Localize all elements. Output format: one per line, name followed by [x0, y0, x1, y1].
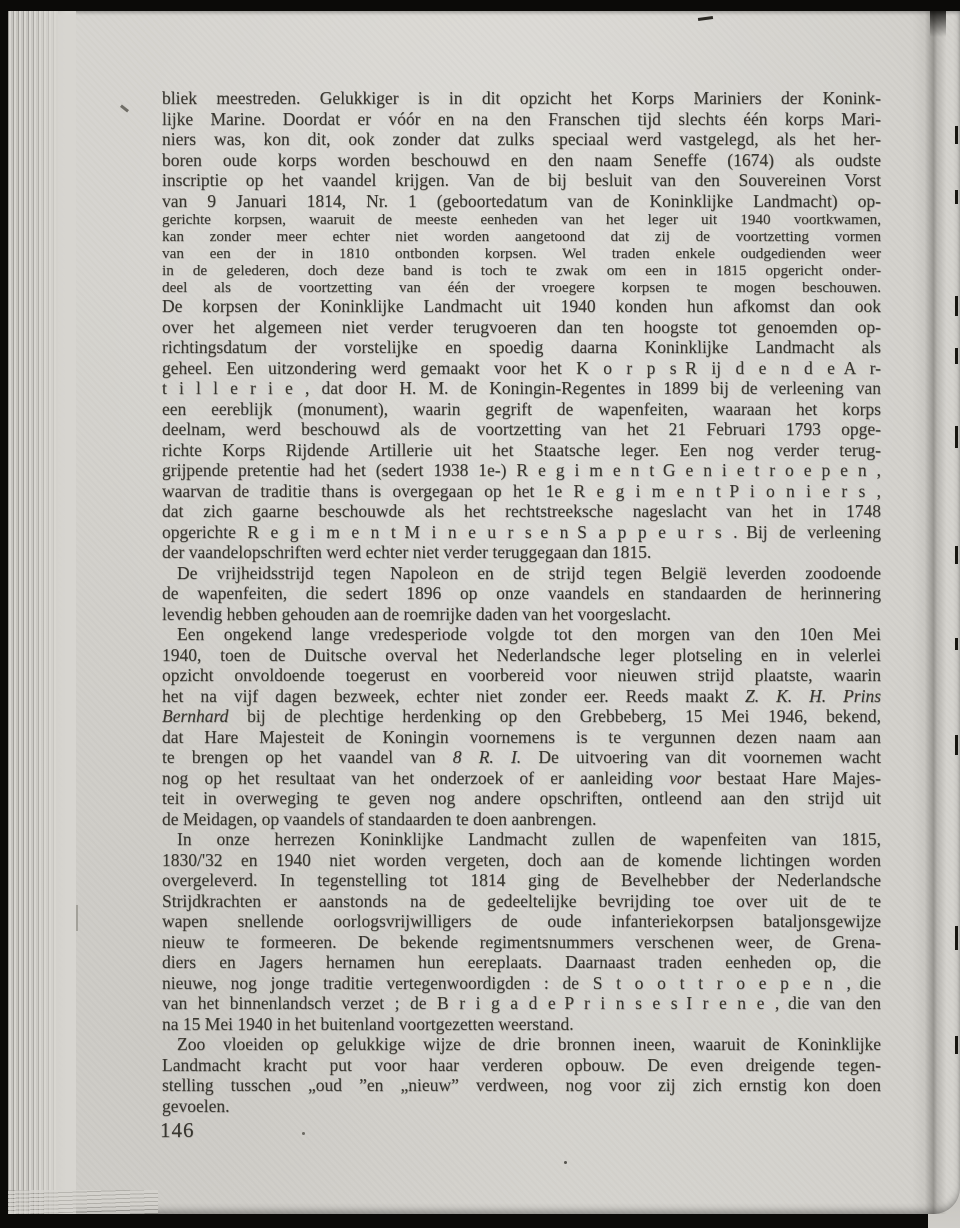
- text-segment: levendig hebben gehouden aan de roemrijk…: [162, 604, 671, 624]
- text-segment: De korpsen der Koninklijke Landmacht uit…: [162, 296, 881, 316]
- scan-speck: [302, 1132, 305, 1135]
- scan-border-bottom: [0, 1214, 928, 1228]
- text-segment: richtingsdatum der vorstelijke en spoedi…: [162, 337, 881, 357]
- gutter-shadow-top: [930, 11, 946, 37]
- text-segment: na 15 Mei 1940 in het buitenland voortge…: [162, 1014, 574, 1034]
- text-line: van een der in 1810 ontbonden korpsen. W…: [162, 245, 881, 262]
- page-stack-bottom-edge: [8, 1190, 158, 1214]
- text-segment: Landmacht kracht put voor haar verderen …: [162, 1055, 881, 1075]
- text-segment: gevoelen.: [162, 1096, 230, 1116]
- text-segment: De vrijheidsstrijd tegen Napoleon en de …: [177, 563, 881, 583]
- text-line: de wapenfeiten, die sedert 1896 op onze …: [162, 583, 881, 604]
- text-segment: nog op het resultaat van het onderzoek o…: [162, 768, 669, 788]
- text-line: teit in overweging te geven nog andere o…: [162, 788, 881, 809]
- text-segment: nieuwe, nog jonge traditie vertegenwoord…: [162, 973, 881, 993]
- text-line: gerichte korpsen, waaruit de meeste eenh…: [162, 211, 881, 228]
- text-segment: richte Korps Rijdende Artillerie uit het…: [162, 440, 881, 460]
- text-line: lijke Marine. Doordat er vóór en na den …: [162, 109, 881, 130]
- text-segment: grijpende pretentie had het (sedert 1938…: [162, 460, 881, 480]
- text-segment: opzicht onvoldoende toegerust en voorber…: [162, 665, 881, 685]
- text-line: geheel. Een uitzondering werd gemaakt vo…: [162, 358, 881, 379]
- text-segment: dat Hare Majesteit de Koningin voornemen…: [162, 727, 881, 747]
- paragraph: Zoo vloeiden op gelukkige wijze de drie …: [162, 1034, 881, 1116]
- text-line: opgerichte R e g i m e n t M i n e u r s…: [162, 522, 881, 543]
- paragraph: In onze herrezen Koninklijke Landmacht z…: [162, 829, 881, 1034]
- text-line: Een ongekend lange vredesperiode volgde …: [162, 624, 881, 645]
- right-edge-marks: [952, 0, 960, 1228]
- text-segment: opgerichte R e g i m e n t M i n e u r s…: [162, 522, 881, 542]
- text-segment: de wapenfeiten, die sedert 1896 op onze …: [162, 583, 881, 603]
- text-line: na 15 Mei 1940 in het buitenland voortge…: [162, 1014, 881, 1035]
- text-line: levendig hebben gehouden aan de roemrijk…: [162, 604, 881, 625]
- text-line: van 9 Januari 1814, Nr. 1 (geboortedatum…: [162, 191, 881, 212]
- italic-text: voor: [669, 768, 701, 788]
- text-line: bliek meestreden. Gelukkiger is in dit o…: [162, 88, 881, 109]
- text-line: inscriptie op het vaandel krijgen. Van d…: [162, 170, 881, 191]
- text-segment: over het algemeen niet verder terugvoere…: [162, 317, 881, 337]
- text-segment: niers was, kon dit, ook zonder dat zulks…: [162, 129, 881, 149]
- text-line: overgeleverd. In tegenstelling tot 1814 …: [162, 870, 881, 891]
- text-line: een eereblijk (monument), waarin gegrift…: [162, 399, 881, 420]
- text-segment: het na vijf dagen bezweek, echter niet z…: [162, 686, 745, 706]
- text-line: Strijdkrachten er aanstonds na de gedeel…: [162, 891, 881, 912]
- text-line: richtingsdatum der vorstelijke en spoedi…: [162, 337, 881, 358]
- text-line: Bernhard bij de plechtige herdenking op …: [162, 706, 881, 727]
- text-line: deelnam, werd beschouwd als de voortzett…: [162, 419, 881, 440]
- page-number: 146: [160, 1118, 195, 1143]
- page-gutter-crease: [912, 11, 952, 1214]
- text-segment: waarvan de traditie thans is overgegaan …: [162, 481, 881, 501]
- text-segment: 1940, toen de Duitsche overval het Neder…: [162, 645, 881, 665]
- text-segment: bestaat Hare Majes-: [701, 768, 881, 788]
- text-segment: Een ongekend lange vredesperiode volgde …: [177, 624, 881, 644]
- text-line: In onze herrezen Koninklijke Landmacht z…: [162, 829, 881, 850]
- text-line: over het algemeen niet verder terugvoere…: [162, 317, 881, 338]
- scan-border-top: [0, 0, 960, 11]
- paragraph: Een ongekend lange vredesperiode volgde …: [162, 624, 881, 829]
- paragraph: De vrijheidsstrijd tegen Napoleon en de …: [162, 563, 881, 625]
- italic-text: Bernhard: [162, 706, 228, 726]
- text-segment: van een der in 1810 ontbonden korpsen. W…: [162, 245, 881, 262]
- text-segment: t i l l e r i e , dat door H. M. de Koni…: [162, 378, 881, 398]
- text-segment: de Meidagen, op vaandels of standaarden …: [162, 809, 596, 829]
- text-line: te brengen op het vaandel van 8 R. I. De…: [162, 747, 881, 768]
- text-line: niers was, kon dit, ook zonder dat zulks…: [162, 129, 881, 150]
- text-line: grijpende pretentie had het (sedert 1938…: [162, 460, 881, 481]
- text-segment: gerichte korpsen, waaruit de meeste eenh…: [162, 211, 881, 228]
- text-line: dat Hare Majesteit de Koningin voornemen…: [162, 727, 881, 748]
- text-line: 1830/'32 en 1940 niet worden vergeten, d…: [162, 850, 881, 871]
- text-line: nieuw te formeeren. De bekende regiments…: [162, 932, 881, 953]
- text-segment: boren oude korps worden beschouwd en den…: [162, 150, 881, 170]
- page-text: bliek meestreden. Gelukkiger is in dit o…: [162, 88, 881, 1116]
- text-line: nieuwe, nog jonge traditie vertegenwoord…: [162, 973, 881, 994]
- text-line: der vaandelopschriften werd echter niet …: [162, 542, 881, 563]
- text-segment: nieuw te formeeren. De bekende regiments…: [162, 932, 881, 952]
- text-segment: inscriptie op het vaandel krijgen. Van d…: [162, 170, 881, 190]
- text-segment: In onze herrezen Koninklijke Landmacht z…: [177, 829, 881, 849]
- text-line: boren oude korps worden beschouwd en den…: [162, 150, 881, 171]
- page-stack-left-fade: [30, 11, 76, 1214]
- text-line: waarvan de traditie thans is overgegaan …: [162, 481, 881, 502]
- scanned-book-page: bliek meestreden. Gelukkiger is in dit o…: [0, 0, 960, 1228]
- text-line: wapen snellende oorlogsvrijwilligers de …: [162, 911, 881, 932]
- scan-border-left: [0, 0, 8, 1228]
- text-segment: 1830/'32 en 1940 niet worden vergeten, d…: [162, 850, 881, 870]
- text-segment: teit in overweging te geven nog andere o…: [162, 788, 881, 808]
- text-segment: De uitvoering van dit voornemen wacht: [521, 747, 881, 767]
- text-line: 1940, toen de Duitsche overval het Neder…: [162, 645, 881, 666]
- text-segment: kan zonder meer echter niet worden aange…: [162, 228, 881, 245]
- text-line: diers en Jagers hernamen hun eereplaats.…: [162, 952, 881, 973]
- text-segment: van 9 Januari 1814, Nr. 1 (geboortedatum…: [162, 191, 881, 211]
- text-segment: deel als de voortzetting van één der vro…: [162, 279, 881, 296]
- text-line: De vrijheidsstrijd tegen Napoleon en de …: [162, 563, 881, 584]
- text-segment: Zoo vloeiden op gelukkige wijze de drie …: [177, 1034, 881, 1054]
- italic-text: 8 R. I.: [453, 747, 521, 767]
- text-line: Landmacht kracht put voor haar verderen …: [162, 1055, 881, 1076]
- text-segment: in de gelederen, doch deze band is toch …: [162, 262, 881, 279]
- text-segment: lijke Marine. Doordat er vóór en na den …: [162, 109, 881, 129]
- text-line: in de gelederen, doch deze band is toch …: [162, 262, 881, 279]
- text-line: deel als de voortzetting van één der vro…: [162, 279, 881, 296]
- text-segment: deelnam, werd beschouwd als de voortzett…: [162, 419, 881, 439]
- scan-speck: [564, 1161, 567, 1164]
- text-line: van het binnenlandsch verzet ; de B r i …: [162, 993, 881, 1014]
- text-segment: wapen snellende oorlogsvrijwilligers de …: [162, 911, 881, 931]
- text-segment: geheel. Een uitzondering werd gemaakt vo…: [162, 358, 881, 378]
- text-segment: dat zich gaarne beschouwde als het recht…: [162, 501, 881, 521]
- text-line: richte Korps Rijdende Artillerie uit het…: [162, 440, 881, 461]
- paragraph: bliek meestreden. Gelukkiger is in dit o…: [162, 88, 881, 563]
- text-line: kan zonder meer echter niet worden aange…: [162, 228, 881, 245]
- text-segment: diers en Jagers hernamen hun eereplaats.…: [162, 952, 881, 972]
- text-segment: bij de plechtige herdenking op den Grebb…: [228, 706, 881, 726]
- text-segment: te brengen op het vaandel van: [162, 747, 453, 767]
- text-line: Zoo vloeiden op gelukkige wijze de drie …: [162, 1034, 881, 1055]
- text-line: stelling tusschen „oud ”en „nieuw” verdw…: [162, 1075, 881, 1096]
- text-line: het na vijf dagen bezweek, echter niet z…: [162, 686, 881, 707]
- text-line: gevoelen.: [162, 1096, 881, 1117]
- text-line: De korpsen der Koninklijke Landmacht uit…: [162, 296, 881, 317]
- text-segment: Strijdkrachten er aanstonds na de gedeel…: [162, 891, 881, 911]
- text-line: nog op het resultaat van het onderzoek o…: [162, 768, 881, 789]
- text-segment: van het binnenlandsch verzet ; de B r i …: [162, 993, 881, 1013]
- text-line: opzicht onvoldoende toegerust en voorber…: [162, 665, 881, 686]
- text-segment: bliek meestreden. Gelukkiger is in dit o…: [162, 88, 881, 108]
- text-segment: overgeleverd. In tegenstelling tot 1814 …: [162, 870, 881, 890]
- text-line: de Meidagen, op vaandels of standaarden …: [162, 809, 881, 830]
- text-segment: stelling tusschen „oud ”en „nieuw” verdw…: [162, 1075, 881, 1095]
- text-segment: een eereblijk (monument), waarin gegrift…: [162, 399, 881, 419]
- italic-text: Z. K. H. Prins: [745, 686, 881, 706]
- text-line: dat zich gaarne beschouwde als het recht…: [162, 501, 881, 522]
- text-line: t i l l e r i e , dat door H. M. de Koni…: [162, 378, 881, 399]
- scan-speck: [76, 905, 78, 931]
- text-segment: der vaandelopschriften werd echter niet …: [162, 542, 651, 562]
